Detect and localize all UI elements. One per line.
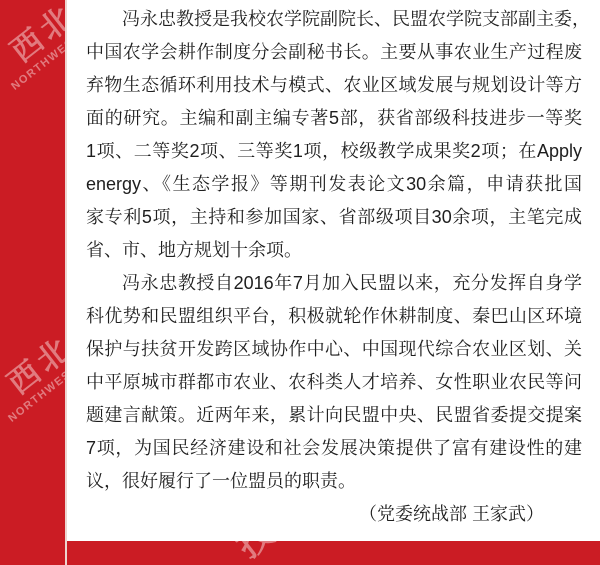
text-line: 冯永忠教授是我校农学院副院长、民盟农学院支部副主委， (86, 3, 582, 36)
text-line: 7项，为国民经济建设和社会发展决策提供了富有建设性的建 (86, 432, 582, 465)
watermark-unit-middle: 西北 NORTHWEST A&F (0, 310, 67, 432)
text-line: 科优势和民盟组织平台，积极就轮作休耕制度、秦巴山区环境 (86, 300, 582, 333)
text-line: 1项、二等奖2项、三等奖1项，校级教学成果奖2项；在Apply (86, 135, 582, 168)
text-line: 题建言献策。近两年来，累计向民盟中央、民盟省委提交提案 (86, 399, 582, 432)
article: 冯永忠教授是我校农学院副院长、民盟农学院支部副主委，中国农学会耕作制度分会副秘书… (86, 3, 582, 531)
text-line: 保护与扶贫开发跨区域协作中心、中国现代综合农业区划、关 (86, 333, 582, 366)
watermark-unit-top: 西北 NORTHWEST A&F (0, 0, 67, 100)
text-line: 冯永忠教授自2016年7月加入民盟以来，充分发挥自身学 (86, 267, 582, 300)
paragraph: 冯永忠教授自2016年7月加入民盟以来，充分发挥自身学科优势和民盟组织平台，积极… (86, 267, 582, 498)
bottom-red-bar: 技 (0, 541, 600, 565)
signature: （党委统战部 王家武） (86, 498, 582, 531)
article-paragraphs: 冯永忠教授是我校农学院副院长、民盟农学院支部副主委，中国农学会耕作制度分会副秘书… (86, 3, 582, 498)
text-line: 议，很好履行了一位盟员的职责。 (86, 465, 582, 498)
text-line: 面的研究。主编和副主编专著5部，获省部级科技进步一等奖 (86, 102, 582, 135)
text-line: 中国农学会耕作制度分会副秘书长。主要从事农业生产过程废 (86, 36, 582, 69)
document-page: 西北 NORTHWEST A&F 西北 NORTHWEST A&F 技 冯永忠教… (0, 0, 600, 565)
left-red-sidebar: 西北 NORTHWEST A&F 西北 NORTHWEST A&F (0, 0, 67, 565)
text-line: 中平原城市群都市农业、农科类人才培养、女性职业农民等问 (86, 366, 582, 399)
paragraph: 冯永忠教授是我校农学院副院长、民盟农学院支部副主委，中国农学会耕作制度分会副秘书… (86, 3, 582, 267)
text-line: 省、市、地方规划十余项。 (86, 234, 582, 267)
watermark-bottom-glyph: 技 (230, 541, 281, 564)
text-line: 弃物生态循环利用技术与模式、农业区域发展与规划设计等方 (86, 69, 582, 102)
text-line: energy、《生态学报》等期刊发表论文30余篇，申请获批国 (86, 168, 582, 201)
text-line: 家专利5项，主持和参加国家、省部级项目30余项，主笔完成 (86, 201, 582, 234)
